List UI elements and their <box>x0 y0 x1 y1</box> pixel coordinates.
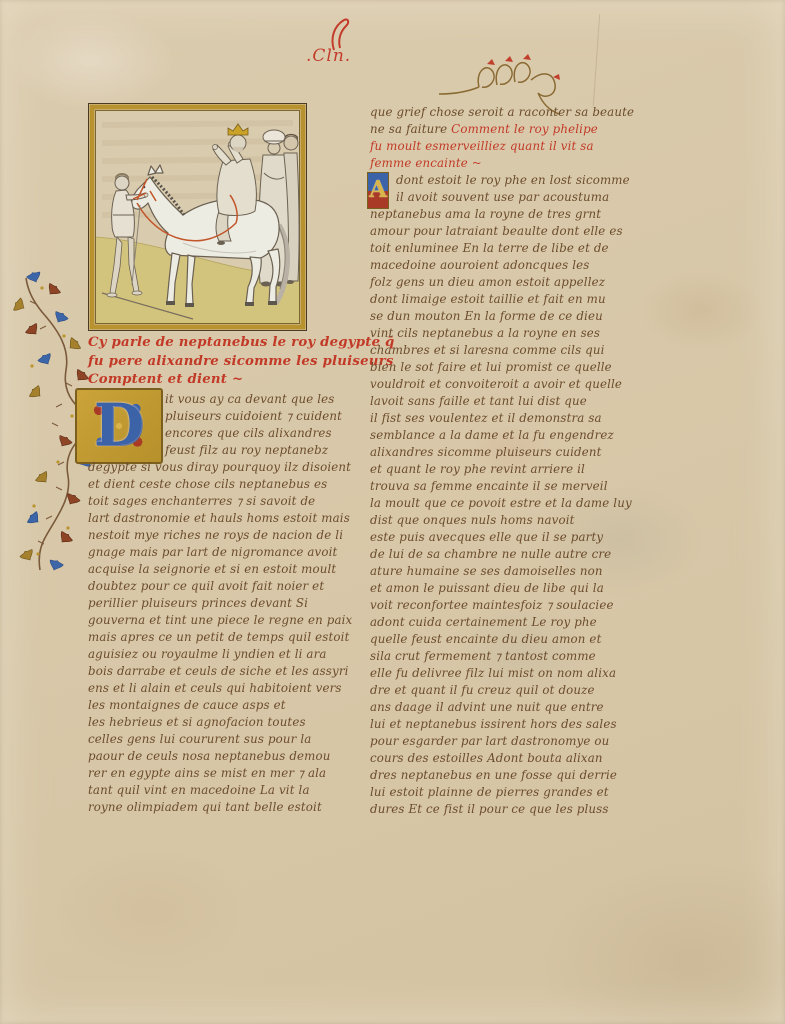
text-line: elle fu delivree filz lui mist on nom al… <box>370 665 670 682</box>
text-line: et dient ceste chose cils neptanebus es <box>88 476 356 493</box>
text-line: bien le sot faire et lui promist ce quel… <box>370 359 670 376</box>
text-line: femme encainte ~ <box>370 155 670 172</box>
text-line: pluiseurs cuidoient ⁊ cuident <box>88 408 356 425</box>
text-line: amour pour latraiant beaulte dont elle e… <box>370 223 670 240</box>
text-line: gnage mais par lart de nigromance avoit <box>88 544 356 561</box>
text-line: dont limaige estoit taillie et fait en m… <box>370 291 670 308</box>
text-line: les montaignes de cauce asps et <box>88 697 356 714</box>
text-line: voit reconfortee maintesfoiz ⁊ soulaciee <box>370 597 670 614</box>
text-line: mais apres ce un petit de temps quil est… <box>88 629 356 646</box>
text-line: les hebrieus et si agnofacion toutes <box>88 714 356 731</box>
text-line: de lui de sa chambre ne nulle autre cre <box>370 546 670 563</box>
text-line: gouverna et tint une piece le regne en p… <box>88 612 356 629</box>
text-line: doubtez pour ce quil avoit fait noier et <box>88 578 356 595</box>
text-line: ne sa faiture Comment le roy phelipe <box>370 121 670 138</box>
text-line: acquise la seignorie et si en estoit mou… <box>88 561 356 578</box>
text-line: vouldroit et convoiteroit a avoir et que… <box>370 376 670 393</box>
text-line: et amon le puissant dieu de libe qui la <box>370 580 670 597</box>
text-line: lart dastronomie et hauls homs estoit ma… <box>88 510 356 527</box>
text-line: trouva sa femme encainte il se merveil <box>370 478 670 495</box>
text-line: macedoine aouroient adoncques les <box>370 257 670 274</box>
text-line: encores que cils alixandres <box>88 425 356 442</box>
text-line: lui estoit plainne de pierres grandes et <box>370 784 670 801</box>
text-line: tant quil vint en macedoine La vit la <box>88 782 356 799</box>
text-line: feust filz au roy neptanebz <box>88 442 356 459</box>
rubric-line: fu pere alixandre sicomme les pluiseurs <box>88 353 360 372</box>
text-line: folz gens un dieu amon estoit appellez <box>370 274 670 291</box>
right-column-text: que grief chose seroit a raconter sa bea… <box>370 104 670 818</box>
text-line: sila crut fermement ⁊ tantost comme <box>370 648 670 665</box>
text-line: alixandres sicomme pluiseurs cuident <box>370 444 670 461</box>
text-line: chambres et si laresna comme cils qui <box>370 342 670 359</box>
rubric-left: Cy parle de neptanebus le roy degypte q̄… <box>88 334 360 390</box>
text-line: quelle feust encainte du dieu amon et <box>370 631 670 648</box>
miniature-groom-horse-king <box>88 103 307 331</box>
text-line: ature humaine se ses damoiselles non <box>370 563 670 580</box>
text-line: nestoit mye riches ne roys de nacion de … <box>88 527 356 544</box>
text-line: dont estoit le roy phe en lost sicomme <box>370 172 670 189</box>
text-line: toit enluminee En la terre de libe et de <box>370 240 670 257</box>
text-line: pour esgarder par lart dastronomye ou <box>370 733 670 750</box>
text-line: adont cuida certainement Le roy phe <box>370 614 670 631</box>
text-line: neptanebus ama la royne de tres grnt <box>370 206 670 223</box>
text-line: dres neptanebus en une fosse qui derrie <box>370 767 670 784</box>
text-line: fu moult esmerveilliez quant il vit sa <box>370 138 670 155</box>
text-line: lavoit sans faille et tant lui dist que <box>370 393 670 410</box>
rubric-line: Comptent et dient ~ <box>88 371 360 390</box>
folio-mark: .Cln. <box>306 46 351 66</box>
text-line: que grief chose seroit a raconter sa bea… <box>370 104 670 121</box>
text-line: dures Et ce fist il pour ce que les plus… <box>370 801 670 818</box>
text-line: la moult que ce povoit estre et la dame … <box>370 495 670 512</box>
text-line: vint cils neptanebus a la royne en ses <box>370 325 670 342</box>
text-line: celles gens lui coururent sus pour la <box>88 731 356 748</box>
rubric-line: Cy parle de neptanebus le roy degypte q̄ <box>88 334 360 353</box>
text-line: il avoit souvent use par acoustuma <box>370 189 670 206</box>
text-line: dist que onques nuls homs navoit <box>370 512 670 529</box>
text-line: rer en egypte ains se mist en mer ⁊ ala <box>88 765 356 782</box>
text-line: aguisiez ou royaulme li yndien et li ara <box>88 646 356 663</box>
text-line: este puis avecques elle que il se party <box>370 529 670 546</box>
manuscript-page: .Cln. <box>0 0 785 1024</box>
text-line: ens et li alain et ceuls qui habitoient … <box>88 680 356 697</box>
text-line: cours des estoilles Adont bouta alixan <box>370 750 670 767</box>
text-line: it vous ay ca devant que les <box>88 391 356 408</box>
text-line: et quant le roy phe revint arriere il <box>370 461 670 478</box>
text-line: il fist ses voulentez et il demonstra sa <box>370 410 670 427</box>
text-line: se dun mouton En la forme de ce dieu <box>370 308 670 325</box>
text-line: lui et neptanebus issirent hors des sale… <box>370 716 670 733</box>
text-line: perillier pluiseurs princes devant Si <box>88 595 356 612</box>
text-line: bois darrabe et ceuls de siche et les as… <box>88 663 356 680</box>
left-column-text: it vous ay ca devant que lespluiseurs cu… <box>88 391 356 816</box>
text-line: toit sages enchanterres ⁊ si savoit de <box>88 493 356 510</box>
text-line: paour de ceuls nosa neptanebus demou <box>88 748 356 765</box>
text-line: ans daage il advint une nuit que entre <box>370 699 670 716</box>
text-line: semblance a la dame et la fu engendrez <box>370 427 670 444</box>
text-line: degypte si vous diray pourquoy ilz disoi… <box>88 459 356 476</box>
pen-scratch-mark <box>593 14 600 106</box>
text-line: royne olimpiadem qui tant belle estoit <box>88 799 356 816</box>
text-line: dre et quant il fu creuz quil ot douze <box>370 682 670 699</box>
